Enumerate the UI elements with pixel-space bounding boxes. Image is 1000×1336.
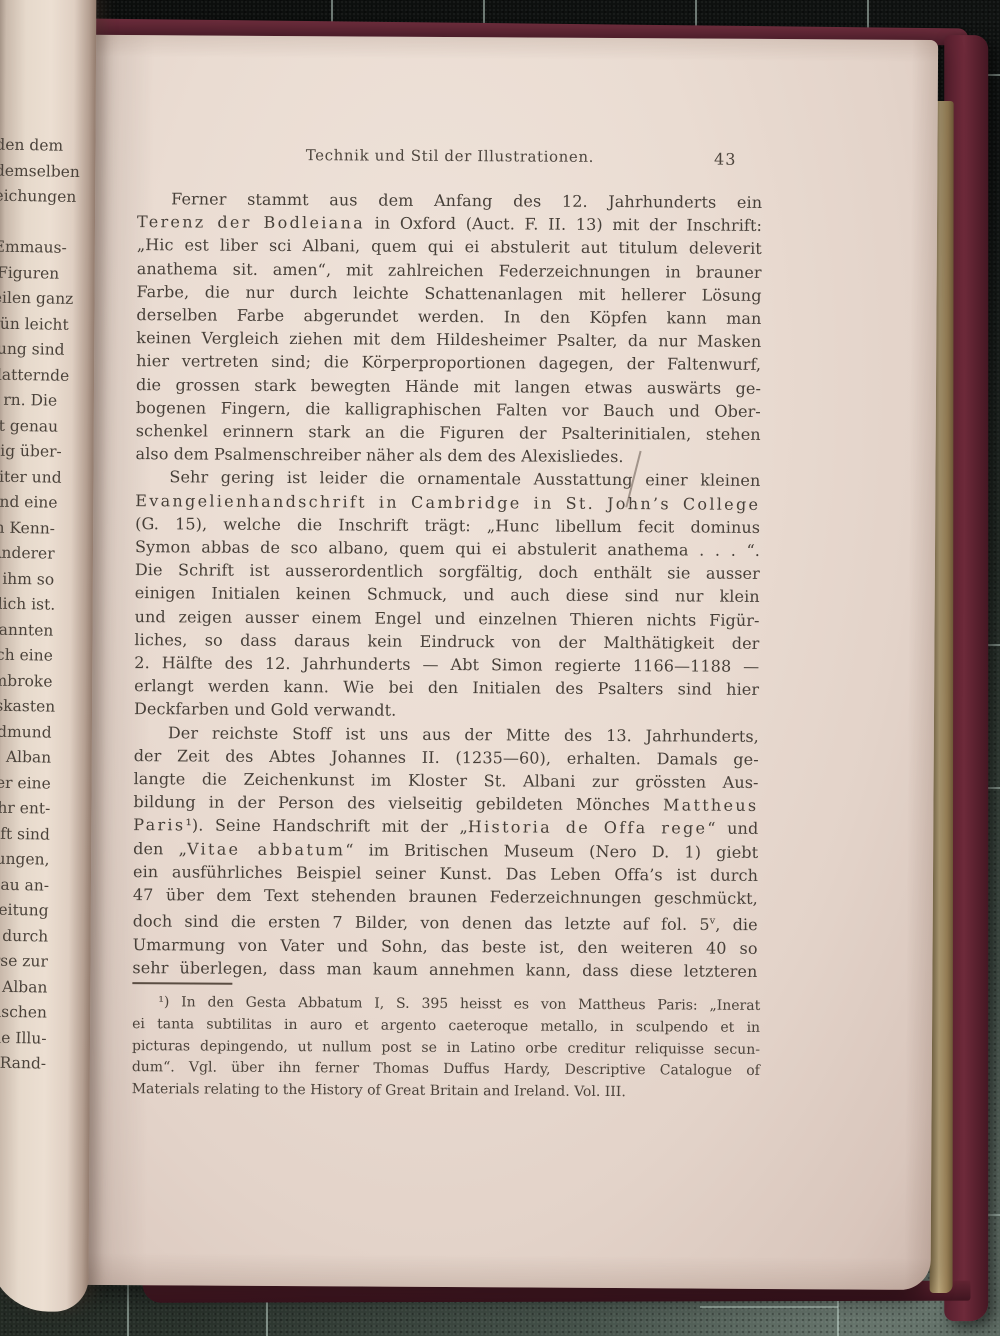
fragment-line: demselben	[0, 158, 61, 185]
fragment-line: ne Illu-	[0, 1025, 47, 1052]
body-text: Ferner stammt aus dem Anfang des 12. Jah…	[132, 187, 762, 983]
page-number: 43	[714, 150, 736, 169]
fragment-line: Anderer	[0, 541, 55, 568]
text-line: Sehr gering ist leider die ornamentale A…	[135, 466, 760, 493]
fragment-line: eiter und	[0, 464, 56, 491]
facing-page-curl: den demdemselbeneichungen Emmaus-Figuren…	[0, 0, 96, 1312]
fragment-line: nungen,	[0, 847, 50, 874]
fragment-line: mbroke	[0, 668, 53, 695]
running-header: Technik und Stil der Illustrationen. 43	[137, 145, 762, 167]
fragment-line: n Kenn-	[0, 515, 55, 542]
fragment-line: leitung	[0, 898, 49, 925]
fragment-line: Edmund	[0, 719, 52, 746]
fragment-line: den dem	[0, 133, 62, 160]
fragment-line: Emmaus-	[0, 235, 60, 262]
text-run: Paris	[133, 816, 185, 835]
fragment-line: r durch	[0, 923, 48, 950]
text-run: Terenz der Bodleiana	[137, 212, 365, 232]
footnote-line: Materials relating to the History of Gre…	[132, 1079, 760, 1105]
text-line: einigen Initialen keinen Schmuck, und au…	[135, 582, 760, 609]
fragment-line: . Alban	[0, 974, 48, 1001]
fragment-line: rün leicht	[0, 311, 59, 338]
fragment-line: glich ist.	[0, 592, 54, 619]
text-line: „Hic est liber sci Albani, quem qui ei a…	[137, 234, 762, 261]
fragment-line: lung sind	[0, 337, 58, 364]
fragment-line: eilen ganz	[0, 286, 59, 313]
fragment-line: ler eine	[0, 770, 51, 797]
text-run: Historia de Offa rege	[468, 818, 708, 838]
fragment-line: flatternde	[0, 362, 58, 389]
text-line: doch sind die ersten 7 Bilder, von denen…	[133, 906, 758, 936]
fragment-line: ch eine	[0, 643, 53, 670]
text-line: Deckfarben und Gold verwandt.	[134, 698, 759, 725]
fragment-line: st genau	[0, 413, 57, 440]
fragment-line: askasten	[0, 694, 52, 721]
fragment-line: ehr ent-	[0, 796, 51, 823]
fragment-line: dig über-	[0, 439, 56, 466]
book-page: Technik und Stil der Illustrationen. 43 …	[63, 35, 939, 1290]
text-run: Vitae abbatum	[187, 839, 345, 859]
text-line: Paris¹). Seine Handschrift mit der „Hist…	[133, 814, 758, 841]
text-run: Evangelienhandschrift in Cambridge in St…	[135, 491, 760, 514]
fragment-line: . Alban	[0, 745, 51, 772]
footnote-rule	[132, 982, 232, 985]
fragment-line	[0, 209, 60, 236]
text-line: sehr überlegen, dass man kaum annehmen k…	[132, 956, 757, 983]
fragment-line: sischen	[0, 999, 47, 1026]
fragment-line: und eine	[0, 490, 56, 517]
fragment-line: eichungen	[0, 184, 61, 211]
fragment-line: rse zur	[0, 949, 48, 976]
book-photograph: Technik und Stil der Illustrationen. 43 …	[0, 0, 1000, 1336]
text-run: v	[710, 916, 716, 927]
fragment-line: ihm so	[0, 566, 54, 593]
text-run: Mattheus	[663, 796, 759, 816]
running-title: Technik und Stil der Illustrationen.	[306, 146, 594, 166]
fragment-line: Rand-	[0, 1050, 46, 1077]
fragment-line: ift sind	[0, 821, 50, 848]
fragment-line: nannten	[0, 617, 54, 644]
fragment-line: Figuren	[0, 260, 59, 287]
facing-page-text-fragments: den demdemselbeneichungen Emmaus-Figuren…	[0, 133, 62, 1077]
book: Technik und Stil der Illustrationen. 43 …	[0, 0, 1000, 1336]
footnote-text: ¹) In den Gesta Abbatum I, S. 395 heisst…	[132, 992, 761, 1105]
text-line: hier vertreten sind; die Körperproportio…	[136, 350, 761, 377]
fragment-line: lau an-	[0, 872, 49, 899]
fragment-line: rn. Die	[0, 388, 57, 415]
